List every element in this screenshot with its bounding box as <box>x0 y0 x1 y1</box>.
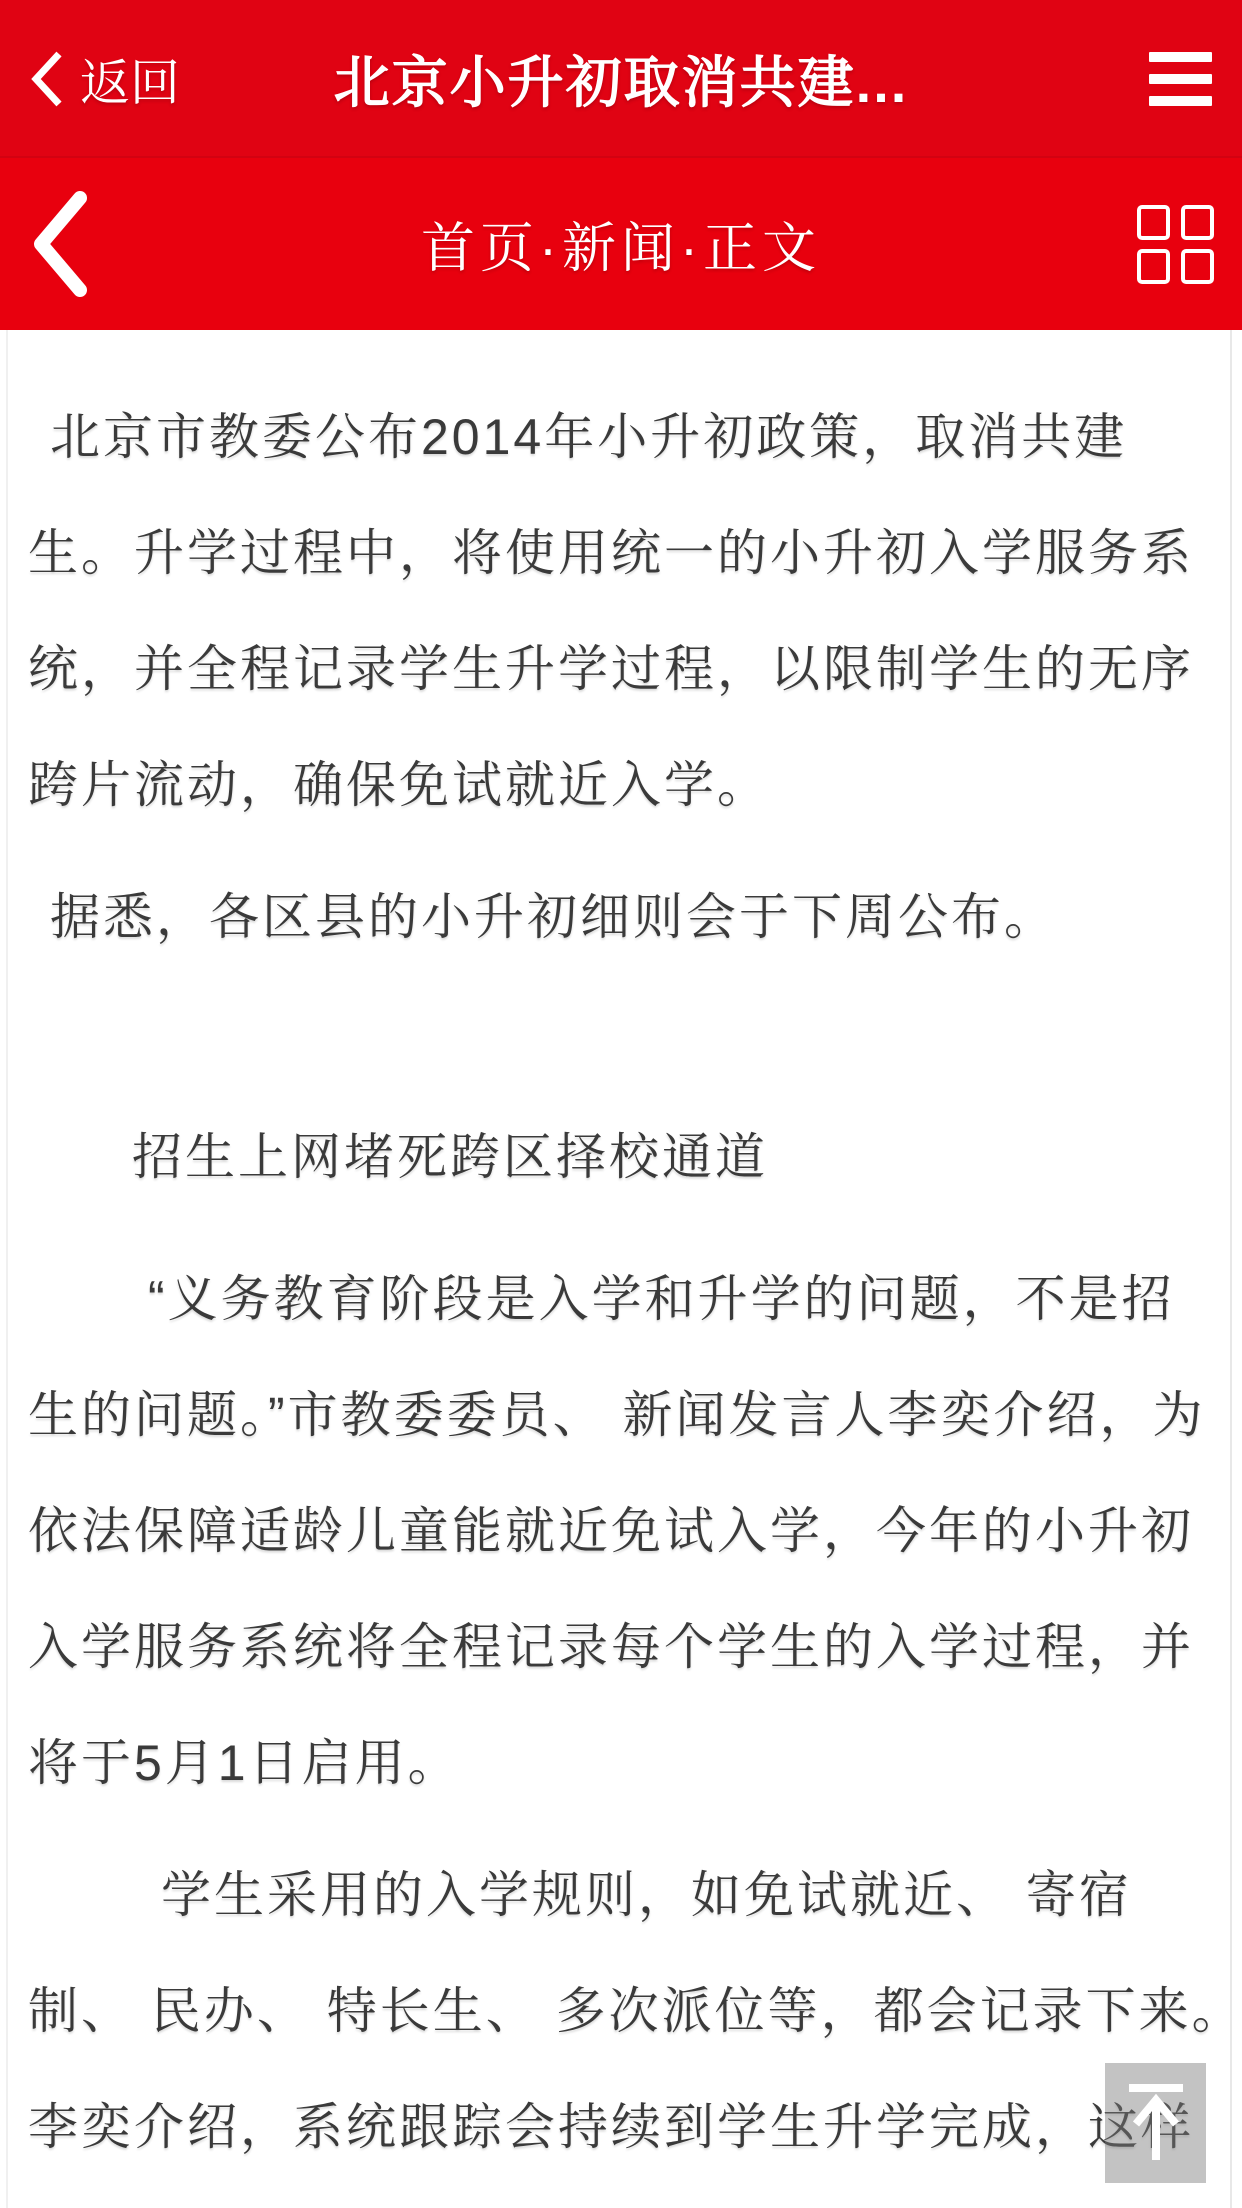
article-body: 北京市教委公布2014年小升初政策，取消共建 生。升学过程中，将使用统一的小升初… <box>0 330 1242 2208</box>
arrow-up-to-top-icon <box>1121 2080 1191 2166</box>
paragraph-3: “义务教育阶段是入学和升学的问题，不是招 生的问题。”市教委委员、 新闻发言人李… <box>28 1241 1212 1821</box>
grid-2x2-icon <box>1181 249 1214 284</box>
back-to-top-button[interactable] <box>1105 2063 1206 2183</box>
text-line: 学生采用的入学规则，如免试就近、 寄宿 <box>28 1837 1212 1953</box>
paragraph-4: 学生采用的入学规则，如免试就近、 寄宿 制、 民办、 特长生、 多次派位等，都会… <box>28 1837 1212 2185</box>
back-button[interactable]: 返回 <box>30 43 180 115</box>
page-title: 北京小升初取消共建... <box>334 39 909 119</box>
text-line: 生的问题。”市教委委员、 新闻发言人李奕介绍，为 <box>28 1357 1212 1473</box>
grid-menu-button[interactable] <box>1137 205 1214 284</box>
section-subhead: 招生上网堵死跨区择校通道 <box>28 1099 1212 1215</box>
grid-2x2-icon <box>1181 205 1214 240</box>
chevron-left-icon <box>30 50 64 108</box>
hamburger-menu-button[interactable] <box>1149 46 1212 112</box>
text-line: 统，并全程记录学生升学过程，以限制学生的无序 <box>28 611 1212 727</box>
nav-back-chevron-icon[interactable] <box>28 189 92 299</box>
hamburger-icon <box>1149 52 1212 62</box>
text-line: 将于5月1日启用。 <box>28 1705 1212 1821</box>
paragraph-2: 据悉，各区县的小升初细则会于下周公布。 <box>28 859 1212 975</box>
top-title-bar: 返回 北京小升初取消共建... <box>0 0 1242 158</box>
text-line: 跨片流动，确保免试就近入学。 <box>28 727 1212 843</box>
text-line: 入学服务系统将全程记录每个学生的入学过程，并 <box>28 1589 1212 1705</box>
hamburger-icon <box>1149 74 1212 84</box>
text-line: 据悉，各区县的小升初细则会于下周公布。 <box>28 859 1212 975</box>
breadcrumb: 首页·新闻·正文 <box>421 206 821 283</box>
text-line: 生。升学过程中，将使用统一的小升初入学服务系 <box>28 495 1212 611</box>
text-line: 依法保障适龄儿童能就近免试入学，今年的小升初 <box>28 1473 1212 1589</box>
text-line: “义务教育阶段是入学和升学的问题，不是招 <box>28 1241 1212 1357</box>
text-line: 制、 民办、 特长生、 多次派位等，都会记录下来。 <box>28 1953 1212 2069</box>
breadcrumb-bar: 首页·新闻·正文 <box>0 158 1242 330</box>
text-line: 李奕介绍，系统跟踪会持续到学生升学完成，这样 <box>28 2069 1212 2185</box>
paragraph-1: 北京市教委公布2014年小升初政策，取消共建 生。升学过程中，将使用统一的小升初… <box>28 379 1212 843</box>
grid-2x2-icon <box>1137 249 1170 284</box>
hamburger-icon <box>1149 96 1212 106</box>
text-line: 北京市教委公布2014年小升初政策，取消共建 <box>28 379 1212 495</box>
grid-2x2-icon <box>1137 205 1170 240</box>
back-button-label: 返回 <box>80 43 180 115</box>
